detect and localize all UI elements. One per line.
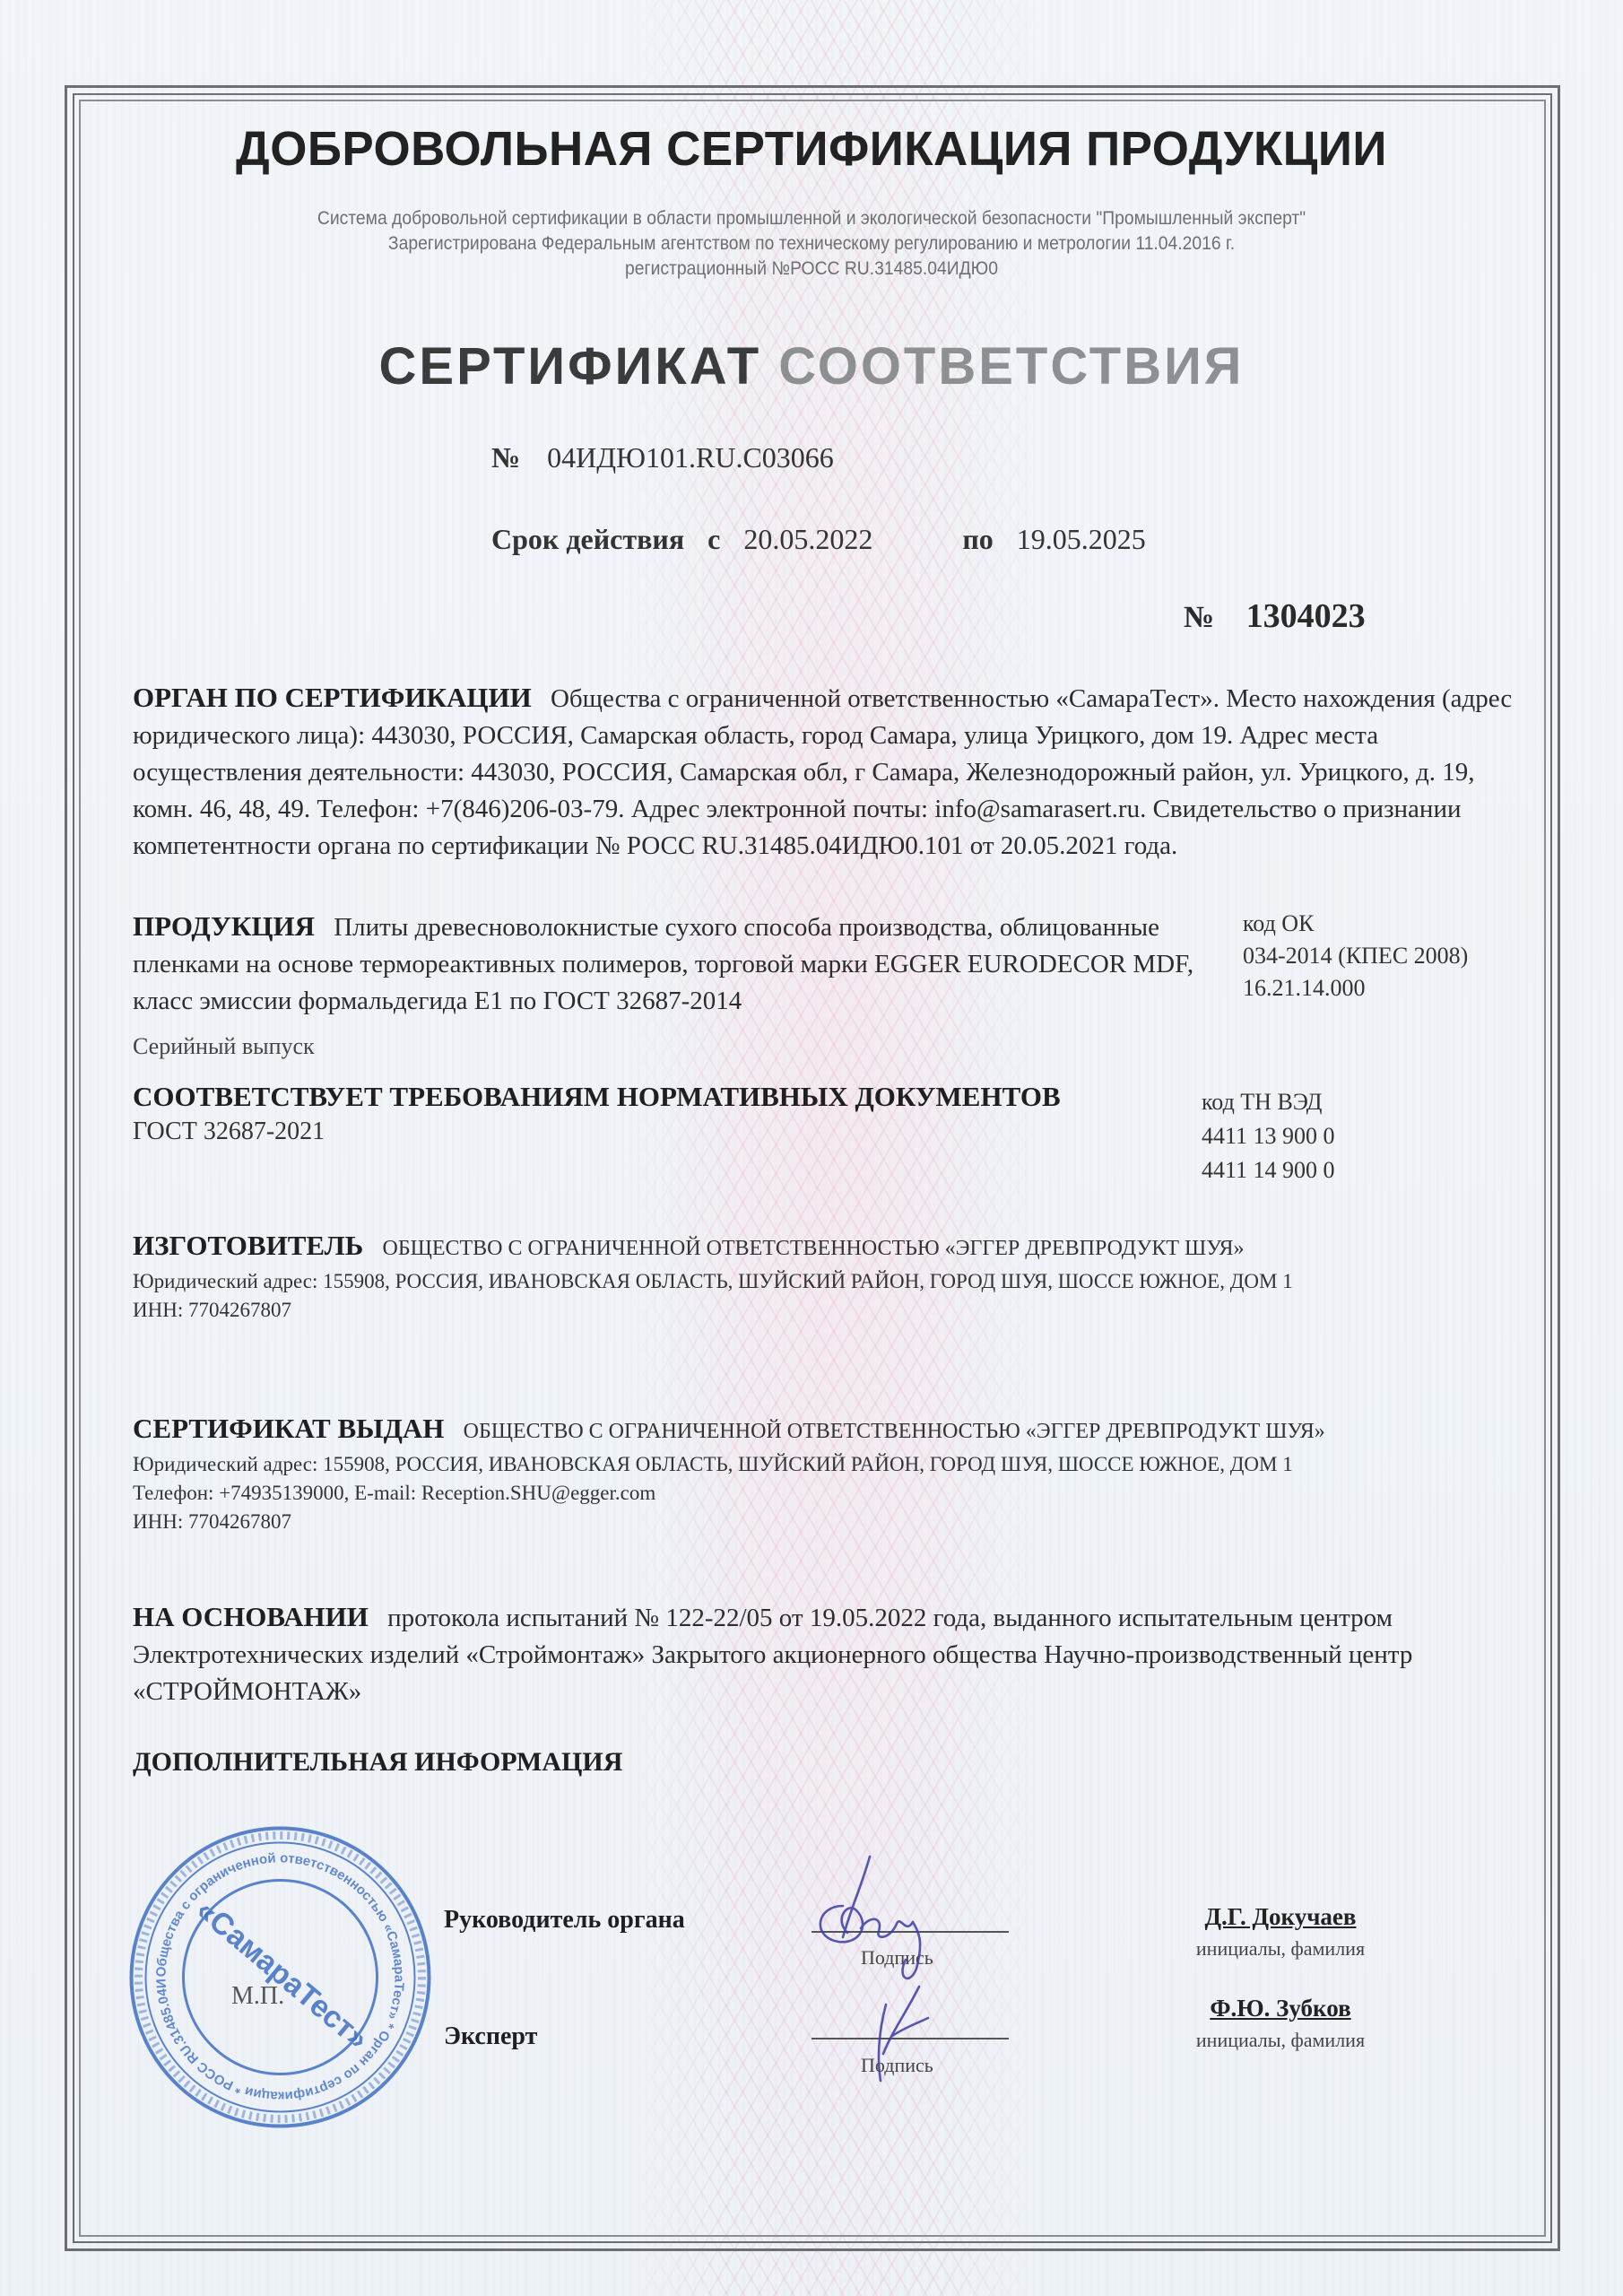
issued-to-address: Юридический адрес: 155908, РОССИЯ, ИВАНО… <box>133 1450 1549 1479</box>
validity-from-label: с <box>707 523 720 555</box>
expert-name: Ф.Ю. Зубков <box>1164 1995 1397 2022</box>
additional-info-heading: ДОПОЛНИТЕЛЬНАЯ ИНФОРМАЦИЯ <box>133 1747 622 1778</box>
validity-period: Срок действия с 20.05.2022 по 19.05.2025 <box>491 523 1146 556</box>
expert-role-label: Эксперт <box>444 2022 537 2051</box>
manufacturer-inn: ИНН: 7704267807 <box>133 1296 1549 1325</box>
certification-body-section: ОРГАН ПО СЕРТИФИКАЦИИ Общества с огранич… <box>133 679 1532 865</box>
manufacturer-address: Юридический адрес: 155908, РОССИЯ, ИВАНО… <box>133 1267 1549 1296</box>
document-header-title: ДОБРОВОЛЬНАЯ СЕРТИФИКАЦИЯ ПРОДУКЦИИ <box>16 121 1607 177</box>
certification-body-heading: ОРГАН ПО СЕРТИФИКАЦИИ <box>133 682 532 713</box>
ok-code-label: код ОК <box>1243 908 1530 940</box>
head-name-caption: инициалы, фамилия <box>1164 1937 1397 1961</box>
expert-name-caption: инициалы, фамилия <box>1164 2029 1397 2052</box>
registration-number-line: регистрационный №РОСС RU.31485.04ИДЮ0 <box>65 258 1558 280</box>
organization-stamp-icon: Общества с ограниченной ответственностью… <box>126 1822 435 2132</box>
certificate-number: № 04ИДЮ101.RU.C03066 <box>491 441 834 474</box>
issued-to-org: ОБЩЕСТВО С ОГРАНИЧЕННОЙ ОТВЕТСТВЕННОСТЬЮ… <box>464 1420 1325 1443</box>
head-role-label: Руководитель органа <box>444 1906 685 1935</box>
conformity-heading: СООТВЕТСТВУЕТ ТРЕБОВАНИЯМ НОРМАТИВНЫХ ДО… <box>133 1081 1061 1113</box>
stamp-mp-label: М.П. <box>231 1982 284 2011</box>
tnved-code: 4411 13 900 0 <box>1202 1119 1335 1153</box>
tnved-code: 4411 14 900 0 <box>1202 1153 1335 1187</box>
release-type: Серийный выпуск <box>133 1033 315 1060</box>
ok-code-block: код ОК 034-2014 (КПЕС 2008) 16.21.14.000 <box>1243 908 1530 1004</box>
ok-code-line: 16.21.14.000 <box>1243 972 1530 1004</box>
manufacturer-org: ОБЩЕСТВО С ОГРАНИЧЕННОЙ ОТВЕТСТВЕННОСТЬЮ… <box>383 1237 1245 1260</box>
tnved-label: код ТН ВЭД <box>1202 1085 1335 1119</box>
certificate-title-word2: СООТВЕТСТВИЯ <box>778 337 1244 396</box>
issued-to-section: СЕРТИФИКАТ ВЫДАН ОБЩЕСТВО С ОГРАНИЧЕННОЙ… <box>133 1410 1549 1536</box>
manufacturer-heading: ИЗГОТОВИТЕЛЬ <box>133 1230 363 1261</box>
handwritten-signature-icon <box>807 1852 1022 2085</box>
issued-to-heading: СЕРТИФИКАТ ВЫДАН <box>133 1413 444 1444</box>
valid-to-date: 19.05.2025 <box>1017 523 1146 555</box>
product-heading: ПРОДУКЦИЯ <box>133 910 315 942</box>
blank-number-value: 1304023 <box>1246 597 1366 635</box>
certificate-title-word1: СЕРТИФИКАТ <box>379 337 762 396</box>
validity-to-label: по <box>962 523 993 555</box>
head-name: Д.Г. Докучаев <box>1164 1903 1397 1931</box>
certification-system-line: Система добровольной сертификации в обла… <box>65 208 1558 230</box>
registration-line: Зарегистрирована Федеральным агентством … <box>65 233 1558 255</box>
blank-number-label: № <box>1184 601 1214 634</box>
tnved-code-block: код ТН ВЭД 4411 13 900 0 4411 14 900 0 <box>1202 1085 1335 1187</box>
product-section: ПРОДУКЦИЯ Плиты древесноволокнистые сухо… <box>133 908 1222 1020</box>
basis-section: НА ОСНОВАНИИ протокола испытаний № 122-2… <box>133 1598 1478 1710</box>
conformity-document: ГОСТ 32687-2021 <box>133 1118 325 1146</box>
issued-to-inn: ИНН: 7704267807 <box>133 1508 1549 1536</box>
manufacturer-section: ИЗГОТОВИТЕЛЬ ОБЩЕСТВО С ОГРАНИЧЕННОЙ ОТВ… <box>133 1227 1549 1325</box>
issued-to-contacts: Телефон: +74935139000, E-mail: Reception… <box>133 1479 1549 1508</box>
ok-code-line: 034-2014 (КПЕС 2008) <box>1243 940 1530 972</box>
certificate-title: СЕРТИФИКАТ СООТВЕТСТВИЯ <box>0 336 1623 396</box>
number-label: № <box>491 441 520 474</box>
number-value: 04ИДЮ101.RU.C03066 <box>547 441 834 474</box>
blank-serial-number: № 1304023 <box>1184 596 1366 636</box>
validity-label: Срок действия <box>491 523 684 555</box>
svg-text:«СамараТест»: «СамараТест» <box>189 1893 375 2057</box>
basis-heading: НА ОСНОВАНИИ <box>133 1601 369 1632</box>
valid-from-date: 20.05.2022 <box>743 523 872 555</box>
